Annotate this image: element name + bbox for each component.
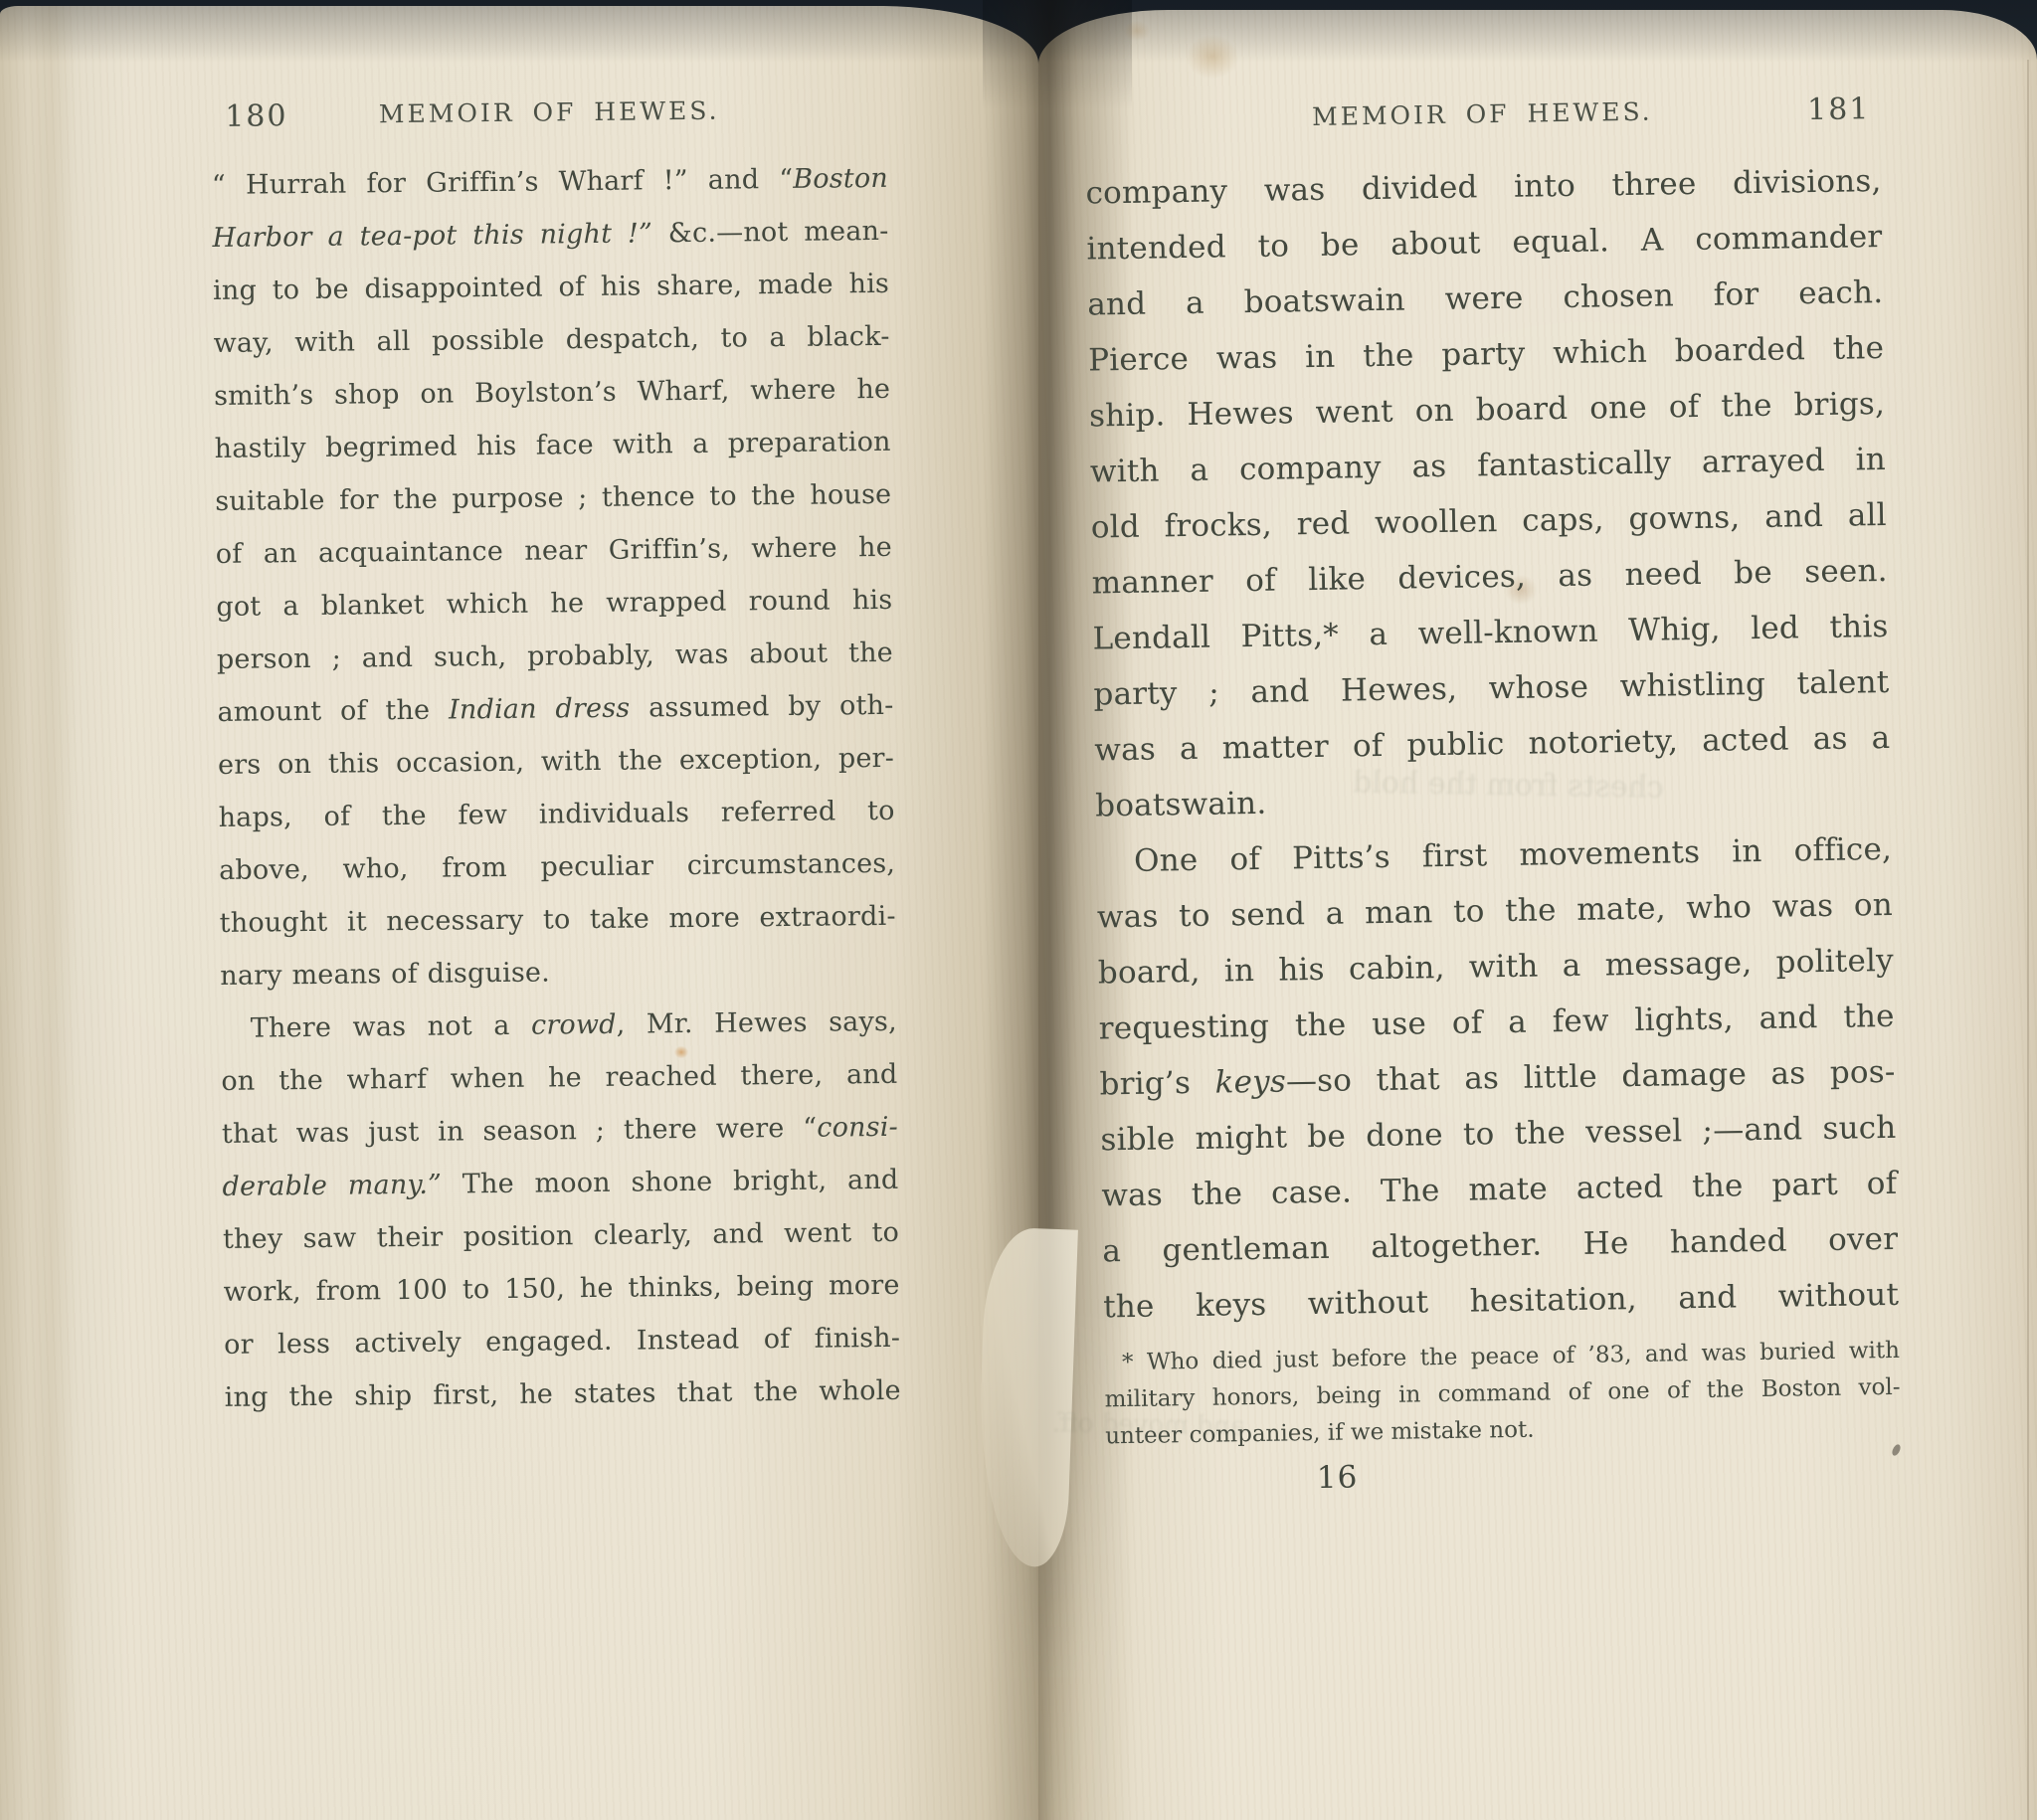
text-segment: on the wharf when he reached there, and: [221, 1059, 897, 1097]
text-segment: ing the ship first, he states that the w…: [225, 1375, 901, 1413]
text-line: hastily begrimed his face with a prepara…: [214, 416, 891, 475]
text-segment: requesting the use of a few lights, and …: [1098, 999, 1894, 1047]
text-line: ing the ship first, he states that the w…: [224, 1365, 901, 1424]
italic-text: consi-: [817, 1112, 898, 1144]
text-segment: suitable for the purpose ; thence to the…: [215, 479, 891, 517]
page-edge-line: [2027, 60, 2029, 1820]
text-segment: manner of like devices, as need be seen.: [1091, 553, 1887, 602]
running-head: MEMOIR OF HEWES.: [211, 89, 887, 130]
text-segment: smith’s shop on Boylston’s Wharf, where …: [214, 374, 890, 412]
text-segment: the keys without hesitation, and without: [1103, 1277, 1899, 1326]
text-line: haps, of the few individuals referred to: [218, 785, 895, 844]
text-segment: amount of the: [217, 695, 449, 728]
text-segment: ship. Hewes went on board one of the bri…: [1089, 386, 1885, 435]
text-segment: “ Hurrah for Griffin’s Wharf !” and “: [212, 164, 794, 201]
text-line: ing to be disappointed of his share, mad…: [213, 258, 890, 317]
text-line: nary means of disguise.: [220, 943, 897, 1002]
text-line: person ; and such, probably, was about t…: [217, 627, 894, 686]
text-segment: brig’s: [1099, 1065, 1214, 1103]
text-segment: got a blanket which he wrapped round his: [216, 585, 892, 623]
text-segment: of an acquaintance near Griffin’s, where…: [216, 532, 892, 570]
text-segment: with a company as fantastically arrayed …: [1090, 442, 1886, 490]
text-segment: ing to be disappointed of his share, mad…: [213, 269, 889, 306]
text-segment: hastily begrimed his face with a prepara…: [215, 427, 891, 464]
text-segment: , Mr. Hewes says,: [617, 1006, 897, 1040]
right-page-text: company was divided into three divisions…: [1085, 153, 1899, 1335]
text-line: There was not a crowd, Mr. Hewes says,: [221, 996, 898, 1055]
right-page-content: MEMOIR OF HEWES. 181 company was divided…: [1084, 88, 1902, 1499]
text-line: “ Hurrah for Griffin’s Wharf !” and “Bos…: [212, 152, 889, 212]
text-segment: Pierce was in the party which boarded th…: [1088, 330, 1884, 379]
text-line: smith’s shop on Boylston’s Wharf, where …: [214, 363, 891, 423]
italic-text: derable many.”: [222, 1170, 442, 1202]
text-line: above, who, from peculiar circumstances,: [219, 837, 896, 897]
text-segment: unteer companies, if we mistake not.: [1105, 1417, 1535, 1450]
text-segment: a gentleman altogether. He handed over: [1102, 1221, 1898, 1270]
text-segment: intended to be about equal. A commander: [1086, 219, 1882, 268]
text-line: that was just in season ; there were “co…: [222, 1101, 899, 1161]
text-line: they saw their position clearly, and wen…: [223, 1206, 900, 1266]
italic-text: Indian dress: [449, 693, 631, 726]
page-number: 180: [225, 98, 288, 134]
text-segment: above, who, from peculiar circumstances,: [219, 848, 895, 886]
book-scan: chests from the hold and moved off. 180 …: [0, 0, 2037, 1820]
text-line: the keys without hesitation, and without: [1103, 1267, 1900, 1336]
text-line: got a blanket which he wrapped round his: [216, 574, 893, 634]
text-segment: thought it necessary to take more extrao…: [220, 901, 896, 939]
text-line: on the wharf when he reached there, and: [221, 1048, 898, 1108]
text-line: of an acquaintance near Griffin’s, where…: [216, 521, 893, 581]
italic-text: Boston: [793, 163, 888, 195]
text-segment: ers on this occasion, with the exception…: [218, 743, 894, 781]
text-line: amount of the Indian dress assumed by ot…: [217, 679, 894, 739]
text-segment: nary means of disguise.: [220, 957, 550, 991]
text-line: ers on this occasion, with the exception…: [218, 732, 895, 792]
italic-text: crowd: [531, 1009, 617, 1041]
text-segment: person ; and such, probably, was about t…: [217, 637, 893, 675]
text-segment: board, in his cabin, with a message, pol…: [1098, 943, 1894, 992]
text-segment: was a matter of public notoriety, acted …: [1094, 720, 1890, 769]
text-segment: Lendall Pitts,* a well-known Whig, led t…: [1092, 609, 1888, 657]
text-segment: assumed by oth-: [630, 690, 893, 724]
text-segment: was the case. The mate acted the part of: [1101, 1166, 1897, 1214]
text-segment: they saw their position clearly, and wen…: [223, 1217, 899, 1255]
left-page-content: 180 MEMOIR OF HEWES. “ Hurrah for Griffi…: [211, 89, 901, 1424]
text-segment: old frocks, red woollen caps, gowns, and…: [1091, 497, 1887, 546]
text-line: way, with all possible despatch, to a bl…: [213, 310, 890, 370]
italic-text: Harbor a tea-pot this night !”: [212, 218, 652, 254]
text-segment: way, with all possible despatch, to a bl…: [213, 321, 889, 359]
text-segment: was to send a man to the mate, who was o…: [1097, 887, 1893, 936]
page-number: 181: [1807, 91, 1871, 127]
text-segment: —so that as little damage as pos-: [1286, 1054, 1896, 1100]
text-segment: or less actively engaged. Instead of fin…: [224, 1323, 900, 1361]
text-segment: work, from 100 to 150, he thinks, being …: [223, 1270, 899, 1308]
text-line: suitable for the purpose ; thence to the…: [215, 468, 892, 528]
left-page-text: “ Hurrah for Griffin’s Wharf !” and “Bos…: [212, 152, 901, 1424]
text-segment: and a boatswain were chosen for each.: [1087, 274, 1883, 323]
text-segment: There was not a: [251, 1010, 532, 1044]
text-segment: The moon shone bright, and: [442, 1165, 899, 1200]
text-line: derable many.” The moon shone bright, an…: [222, 1154, 899, 1213]
text-segment: boatswain.: [1095, 786, 1267, 824]
text-line: Harbor a tea-pot this night !” &c.—not m…: [212, 205, 889, 265]
footnote: * Who died just before the peace of ’83,…: [1104, 1333, 1902, 1456]
text-segment: haps, of the few individuals referred to: [218, 796, 894, 833]
text-segment: sible might be done to the vessel ;—and …: [1100, 1110, 1896, 1159]
italic-text: keys: [1214, 1064, 1286, 1101]
text-segment: military honors, being in command of one…: [1104, 1374, 1900, 1413]
text-line: or less actively engaged. Instead of fin…: [224, 1312, 901, 1371]
text-segment: One of Pitts’s first movements in office…: [1134, 831, 1892, 879]
text-segment: * Who died just before the peace of ’83,…: [1122, 1338, 1900, 1375]
text-line: work, from 100 to 150, he thinks, being …: [223, 1259, 900, 1319]
text-segment: &c.—not mean-: [652, 216, 889, 249]
text-segment: party ; and Hewes, whose whistling talen…: [1093, 664, 1889, 713]
text-segment: that was just in season ; there were “: [222, 1113, 818, 1150]
left-page-header: 180 MEMOIR OF HEWES.: [211, 89, 887, 137]
text-line: thought it necessary to take more extrao…: [219, 890, 896, 950]
text-segment: company was divided into three divisions…: [1085, 163, 1881, 212]
